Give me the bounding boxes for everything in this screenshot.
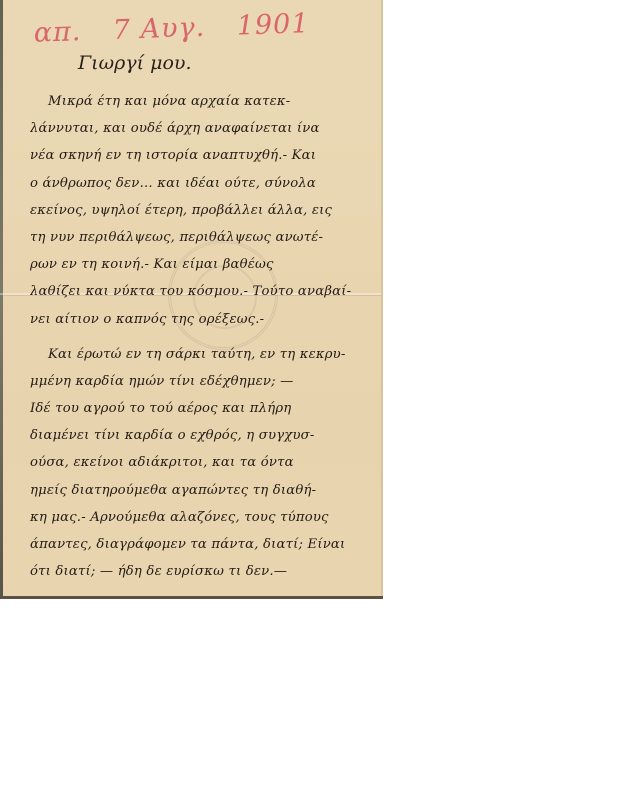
handwritten-line: Ιδέ του αγρού το τού αέρος και πλήρη	[30, 395, 375, 422]
annotation-date: 7 Αυγ.	[112, 12, 205, 46]
paragraph-1: Μικρά έτη και μόνα αρχαία κατεκ- λάννυτα…	[30, 88, 375, 333]
paragraph-2: Και έρωτώ εν τη σάρκι ταύτη, εν τη κεκρυ…	[30, 341, 375, 586]
handwritten-line: λάννυται, και ουδέ άρχη αναφαίνεται ίνα	[30, 115, 375, 142]
handwritten-line: μμένη καρδία ημών τίνι εδέχθημεν; —	[30, 368, 375, 395]
handwritten-line: ο άνθρωπος δεν… και ιδέαι ούτε, σύνολα	[30, 170, 375, 197]
handwritten-line: νει αίτιον ο καπνός της ορέξεως.-	[30, 306, 375, 333]
handwritten-line: εκείνος, υψηλοί έτερη, προβάλλει άλλα, ε…	[30, 197, 375, 224]
handwritten-line: νέα σκηνή εν τη ιστορία αναπτυχθή.- Και	[30, 142, 375, 169]
handwritten-line: ημείς διατηρούμεθα αγαπώντες τη διαθή-	[30, 477, 375, 504]
handwritten-line: άπαντες, διαγράφομεν τα πάντα, διατί; Εί…	[30, 531, 375, 558]
scan-canvas: απ. 7 Αυγ. 1901 Γιωργί μου. Μικρά έτη κα…	[0, 0, 618, 800]
letter-body: Μικρά έτη και μόνα αρχαία κατεκ- λάννυτα…	[30, 88, 375, 585]
letter-page: απ. 7 Αυγ. 1901 Γιωργί μου. Μικρά έτη κα…	[0, 0, 383, 596]
handwritten-line: ότι διατί; — ήδη δε ευρίσκω τι δεν.—	[30, 558, 375, 585]
handwritten-line: διαμένει τίνι καρδία ο εχθρός, η συγχυσ-	[30, 422, 375, 449]
annotation-prefix: απ.	[33, 16, 82, 49]
handwritten-line: κη μας.- Αρνούμεθα αλαζόνες, τους τύπους	[30, 504, 375, 531]
handwritten-line: ούσα, εκείνοι αδιάκριτοι, και τα όντα	[30, 449, 375, 476]
handwritten-line: Και έρωτώ εν τη σάρκι ταύτη, εν τη κεκρυ…	[30, 341, 375, 368]
handwritten-line: ρων εν τη κοινή.- Και είμαι βαθέως	[30, 251, 375, 278]
annotation-year: 1901	[236, 8, 310, 42]
handwritten-line: λαθίζει και νύκτα του κόσμου.- Τούτο ανα…	[30, 278, 375, 305]
handwritten-line: Μικρά έτη και μόνα αρχαία κατεκ-	[30, 88, 375, 115]
handwritten-line: τη νυν περιθάλψεως, περιθάλψεως ανωτέ-	[30, 224, 375, 251]
letter-salutation: Γιωργί μου.	[78, 52, 192, 74]
